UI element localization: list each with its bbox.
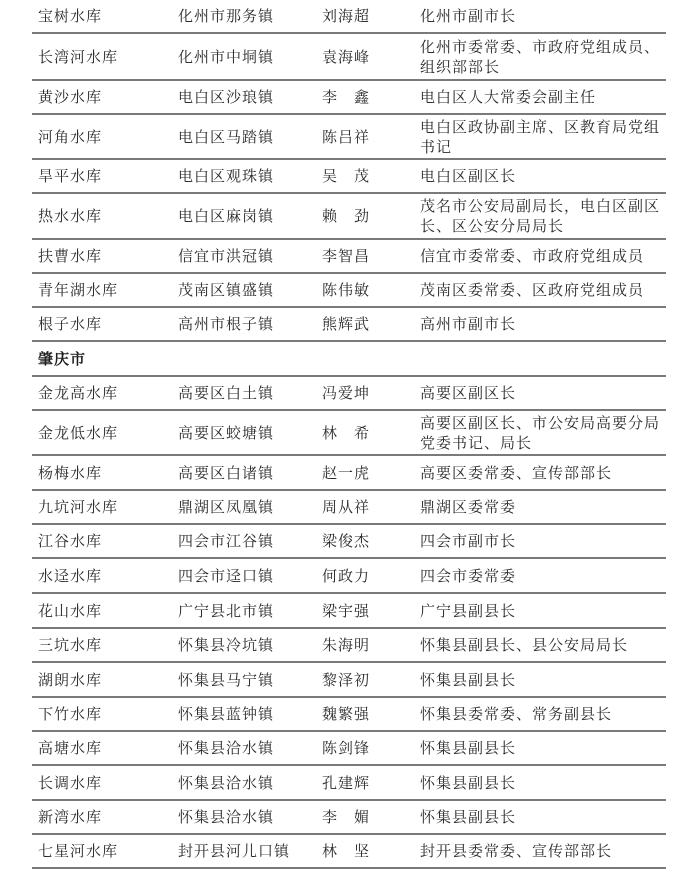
table-row: 花山水库广宁县北市镇梁宇强广宁县副县长 xyxy=(32,594,666,629)
responsible-person-cell: 赖 劲 xyxy=(322,206,420,226)
table-row: 九坑河水库鼎湖区凤凰镇周从祥鼎湖区委常委 xyxy=(32,491,666,525)
reservoir-name-cell: 水迳水库 xyxy=(32,566,178,586)
table-row: 高塘水库怀集县洽水镇陈剑锋怀集县副县长 xyxy=(32,732,666,766)
reservoir-name-cell: 青年湖水库 xyxy=(32,280,178,300)
table-row: 三坑水库怀集县冷坑镇朱海明怀集县副县长、县公安局局长 xyxy=(32,629,666,663)
location-cell: 怀集县蓝钟镇 xyxy=(178,704,322,724)
reservoir-name-cell: 七星河水库 xyxy=(32,841,178,861)
responsible-person-cell: 冯爱坤 xyxy=(322,383,420,403)
reservoir-name-cell: 金龙高水库 xyxy=(32,383,178,403)
reservoir-name-cell: 扶曹水库 xyxy=(32,246,178,266)
position-title-cell: 广宁县副县长 xyxy=(420,601,666,621)
responsible-person-cell: 吴 茂 xyxy=(322,166,420,186)
table-row: 金龙低水库高要区蛟塘镇林 希高要区副区长、市公安局高要分局党委书记、局长 xyxy=(32,411,666,456)
responsible-person-cell: 李 媚 xyxy=(322,807,420,827)
location-cell: 高州市根子镇 xyxy=(178,314,322,334)
position-title-cell: 高州市副市长 xyxy=(420,314,666,334)
reservoir-name-cell: 三坑水库 xyxy=(32,635,178,655)
section-label: 肇庆市 xyxy=(32,348,86,369)
responsible-person-cell: 李智昌 xyxy=(322,246,420,266)
responsible-person-cell: 熊辉武 xyxy=(322,314,420,334)
location-cell: 电白区麻岗镇 xyxy=(178,206,322,226)
responsible-person-cell: 朱海明 xyxy=(322,635,420,655)
location-cell: 化州市那务镇 xyxy=(178,6,322,26)
position-title-cell: 茂南区委常委、区政府党组成员 xyxy=(420,280,666,300)
location-cell: 高要区蛟塘镇 xyxy=(178,423,322,443)
table-row: 热水水库电白区麻岗镇赖 劲茂名市公安局副局长，电白区副区长、区公安分局局长 xyxy=(32,194,666,240)
responsible-person-cell: 袁海峰 xyxy=(322,47,420,67)
location-cell: 化州市中垌镇 xyxy=(178,47,322,67)
reservoir-name-cell: 花山水库 xyxy=(32,601,178,621)
reservoir-name-cell: 下竹水库 xyxy=(32,704,178,724)
location-cell: 电白区观珠镇 xyxy=(178,166,322,186)
location-cell: 广宁县北市镇 xyxy=(178,601,322,621)
table-row: 宝树水库化州市那务镇刘海超化州市副市长 xyxy=(32,0,666,34)
responsible-person-cell: 林 坚 xyxy=(322,841,420,861)
location-cell: 高要区白诸镇 xyxy=(178,463,322,483)
section-header-zhaoqing: 肇庆市 xyxy=(32,342,666,377)
location-cell: 电白区沙琅镇 xyxy=(178,87,322,107)
position-title-cell: 封开县委常委、宣传部部长 xyxy=(420,841,666,861)
table-row: 新湾水库怀集县洽水镇李 媚怀集县副县长 xyxy=(32,801,666,835)
responsible-person-cell: 林 希 xyxy=(322,423,420,443)
responsible-person-cell: 黎泽初 xyxy=(322,670,420,690)
reservoir-name-cell: 宝树水库 xyxy=(32,6,178,26)
responsible-person-cell: 李 鑫 xyxy=(322,87,420,107)
position-title-cell: 电白区人大常委会副主任 xyxy=(420,87,666,107)
position-title-cell: 怀集县副县长 xyxy=(420,773,666,793)
position-title-cell: 怀集县委常委、常务副县长 xyxy=(420,704,666,724)
position-title-cell: 茂名市公安局副局长，电白区副区长、区公安分局局长 xyxy=(420,196,666,236)
table-row: 长湾河水库化州市中垌镇袁海峰化州市委常委、市政府党组成员、组织部部长 xyxy=(32,34,666,81)
position-title-cell: 高要区副区长、市公安局高要分局党委书记、局长 xyxy=(420,413,666,453)
reservoir-name-cell: 湖朗水库 xyxy=(32,670,178,690)
table-row: 江谷水库四会市江谷镇梁俊杰四会市副市长 xyxy=(32,525,666,559)
responsible-person-cell: 赵一虎 xyxy=(322,463,420,483)
responsible-person-cell: 何政力 xyxy=(322,566,420,586)
reservoir-name-cell: 黄沙水库 xyxy=(32,87,178,107)
position-title-cell: 高要区委常委、宣传部部长 xyxy=(420,463,666,483)
location-cell: 信宜市洪冠镇 xyxy=(178,246,322,266)
location-cell: 怀集县洽水镇 xyxy=(178,807,322,827)
location-cell: 怀集县马宁镇 xyxy=(178,670,322,690)
reservoir-name-cell: 新湾水库 xyxy=(32,807,178,827)
location-cell: 四会市迳口镇 xyxy=(178,566,322,586)
reservoir-name-cell: 长调水库 xyxy=(32,773,178,793)
location-cell: 怀集县冷坑镇 xyxy=(178,635,322,655)
location-cell: 怀集县洽水镇 xyxy=(178,773,322,793)
location-cell: 怀集县洽水镇 xyxy=(178,738,322,758)
table-row: 旱平水库电白区观珠镇吴 茂电白区副区长 xyxy=(32,160,666,194)
reservoir-name-cell: 江谷水库 xyxy=(32,531,178,551)
responsible-person-cell: 魏繁强 xyxy=(322,704,420,724)
position-title-cell: 怀集县副县长 xyxy=(420,670,666,690)
responsible-person-cell: 陈剑锋 xyxy=(322,738,420,758)
position-title-cell: 电白区政协副主席、区教育局党组书记 xyxy=(420,117,666,157)
position-title-cell: 化州市副市长 xyxy=(420,6,666,26)
location-cell: 封开县河儿口镇 xyxy=(178,841,322,861)
table-row: 扶曹水库信宜市洪冠镇李智昌信宜市委常委、市政府党组成员 xyxy=(32,240,666,274)
location-cell: 鼎湖区凤凰镇 xyxy=(178,497,322,517)
table-row: 根子水库高州市根子镇熊辉武高州市副市长 xyxy=(32,308,666,342)
reservoir-name-cell: 杨梅水库 xyxy=(32,463,178,483)
table-row: 黄沙水库电白区沙琅镇李 鑫电白区人大常委会副主任 xyxy=(32,81,666,115)
reservoir-responsibility-table: 宝树水库化州市那务镇刘海超化州市副市长长湾河水库化州市中垌镇袁海峰化州市委常委、… xyxy=(32,0,666,869)
reservoir-name-cell: 高塘水库 xyxy=(32,738,178,758)
position-title-cell: 怀集县副县长 xyxy=(420,738,666,758)
responsible-person-cell: 刘海超 xyxy=(322,6,420,26)
position-title-cell: 怀集县副县长、县公安局局长 xyxy=(420,635,666,655)
reservoir-name-cell: 河角水库 xyxy=(32,127,178,147)
reservoir-name-cell: 金龙低水库 xyxy=(32,423,178,443)
location-cell: 电白区马踏镇 xyxy=(178,127,322,147)
responsible-person-cell: 陈吕祥 xyxy=(322,127,420,147)
reservoir-name-cell: 长湾河水库 xyxy=(32,47,178,67)
table-row: 长调水库怀集县洽水镇孔建辉怀集县副县长 xyxy=(32,766,666,801)
responsible-person-cell: 梁俊杰 xyxy=(322,531,420,551)
position-title-cell: 怀集县副县长 xyxy=(420,807,666,827)
position-title-cell: 化州市委常委、市政府党组成员、组织部部长 xyxy=(420,37,666,77)
position-title-cell: 信宜市委常委、市政府党组成员 xyxy=(420,246,666,266)
responsible-person-cell: 周从祥 xyxy=(322,497,420,517)
responsible-person-cell: 孔建辉 xyxy=(322,773,420,793)
position-title-cell: 电白区副区长 xyxy=(420,166,666,186)
position-title-cell: 鼎湖区委常委 xyxy=(420,497,666,517)
position-title-cell: 四会市委常委 xyxy=(420,566,666,586)
responsible-person-cell: 陈伟敏 xyxy=(322,280,420,300)
reservoir-name-cell: 旱平水库 xyxy=(32,166,178,186)
responsible-person-cell: 梁宇强 xyxy=(322,601,420,621)
table-row: 湖朗水库怀集县马宁镇黎泽初怀集县副县长 xyxy=(32,663,666,698)
location-cell: 茂南区镇盛镇 xyxy=(178,280,322,300)
table-row: 金龙高水库高要区白土镇冯爱坤高要区副区长 xyxy=(32,377,666,411)
table-row: 青年湖水库茂南区镇盛镇陈伟敏茂南区委常委、区政府党组成员 xyxy=(32,274,666,308)
position-title-cell: 高要区副区长 xyxy=(420,383,666,403)
table-row: 下竹水库怀集县蓝钟镇魏繁强怀集县委常委、常务副县长 xyxy=(32,698,666,732)
reservoir-name-cell: 九坑河水库 xyxy=(32,497,178,517)
reservoir-name-cell: 热水水库 xyxy=(32,206,178,226)
table-row: 河角水库电白区马踏镇陈吕祥电白区政协副主席、区教育局党组书记 xyxy=(32,115,666,160)
table-row: 杨梅水库高要区白诸镇赵一虎高要区委常委、宣传部部长 xyxy=(32,456,666,491)
table-row: 七星河水库封开县河儿口镇林 坚封开县委常委、宣传部部长 xyxy=(32,835,666,869)
table-row: 水迳水库四会市迳口镇何政力四会市委常委 xyxy=(32,559,666,594)
location-cell: 四会市江谷镇 xyxy=(178,531,322,551)
reservoir-name-cell: 根子水库 xyxy=(32,314,178,334)
location-cell: 高要区白土镇 xyxy=(178,383,322,403)
position-title-cell: 四会市副市长 xyxy=(420,531,666,551)
